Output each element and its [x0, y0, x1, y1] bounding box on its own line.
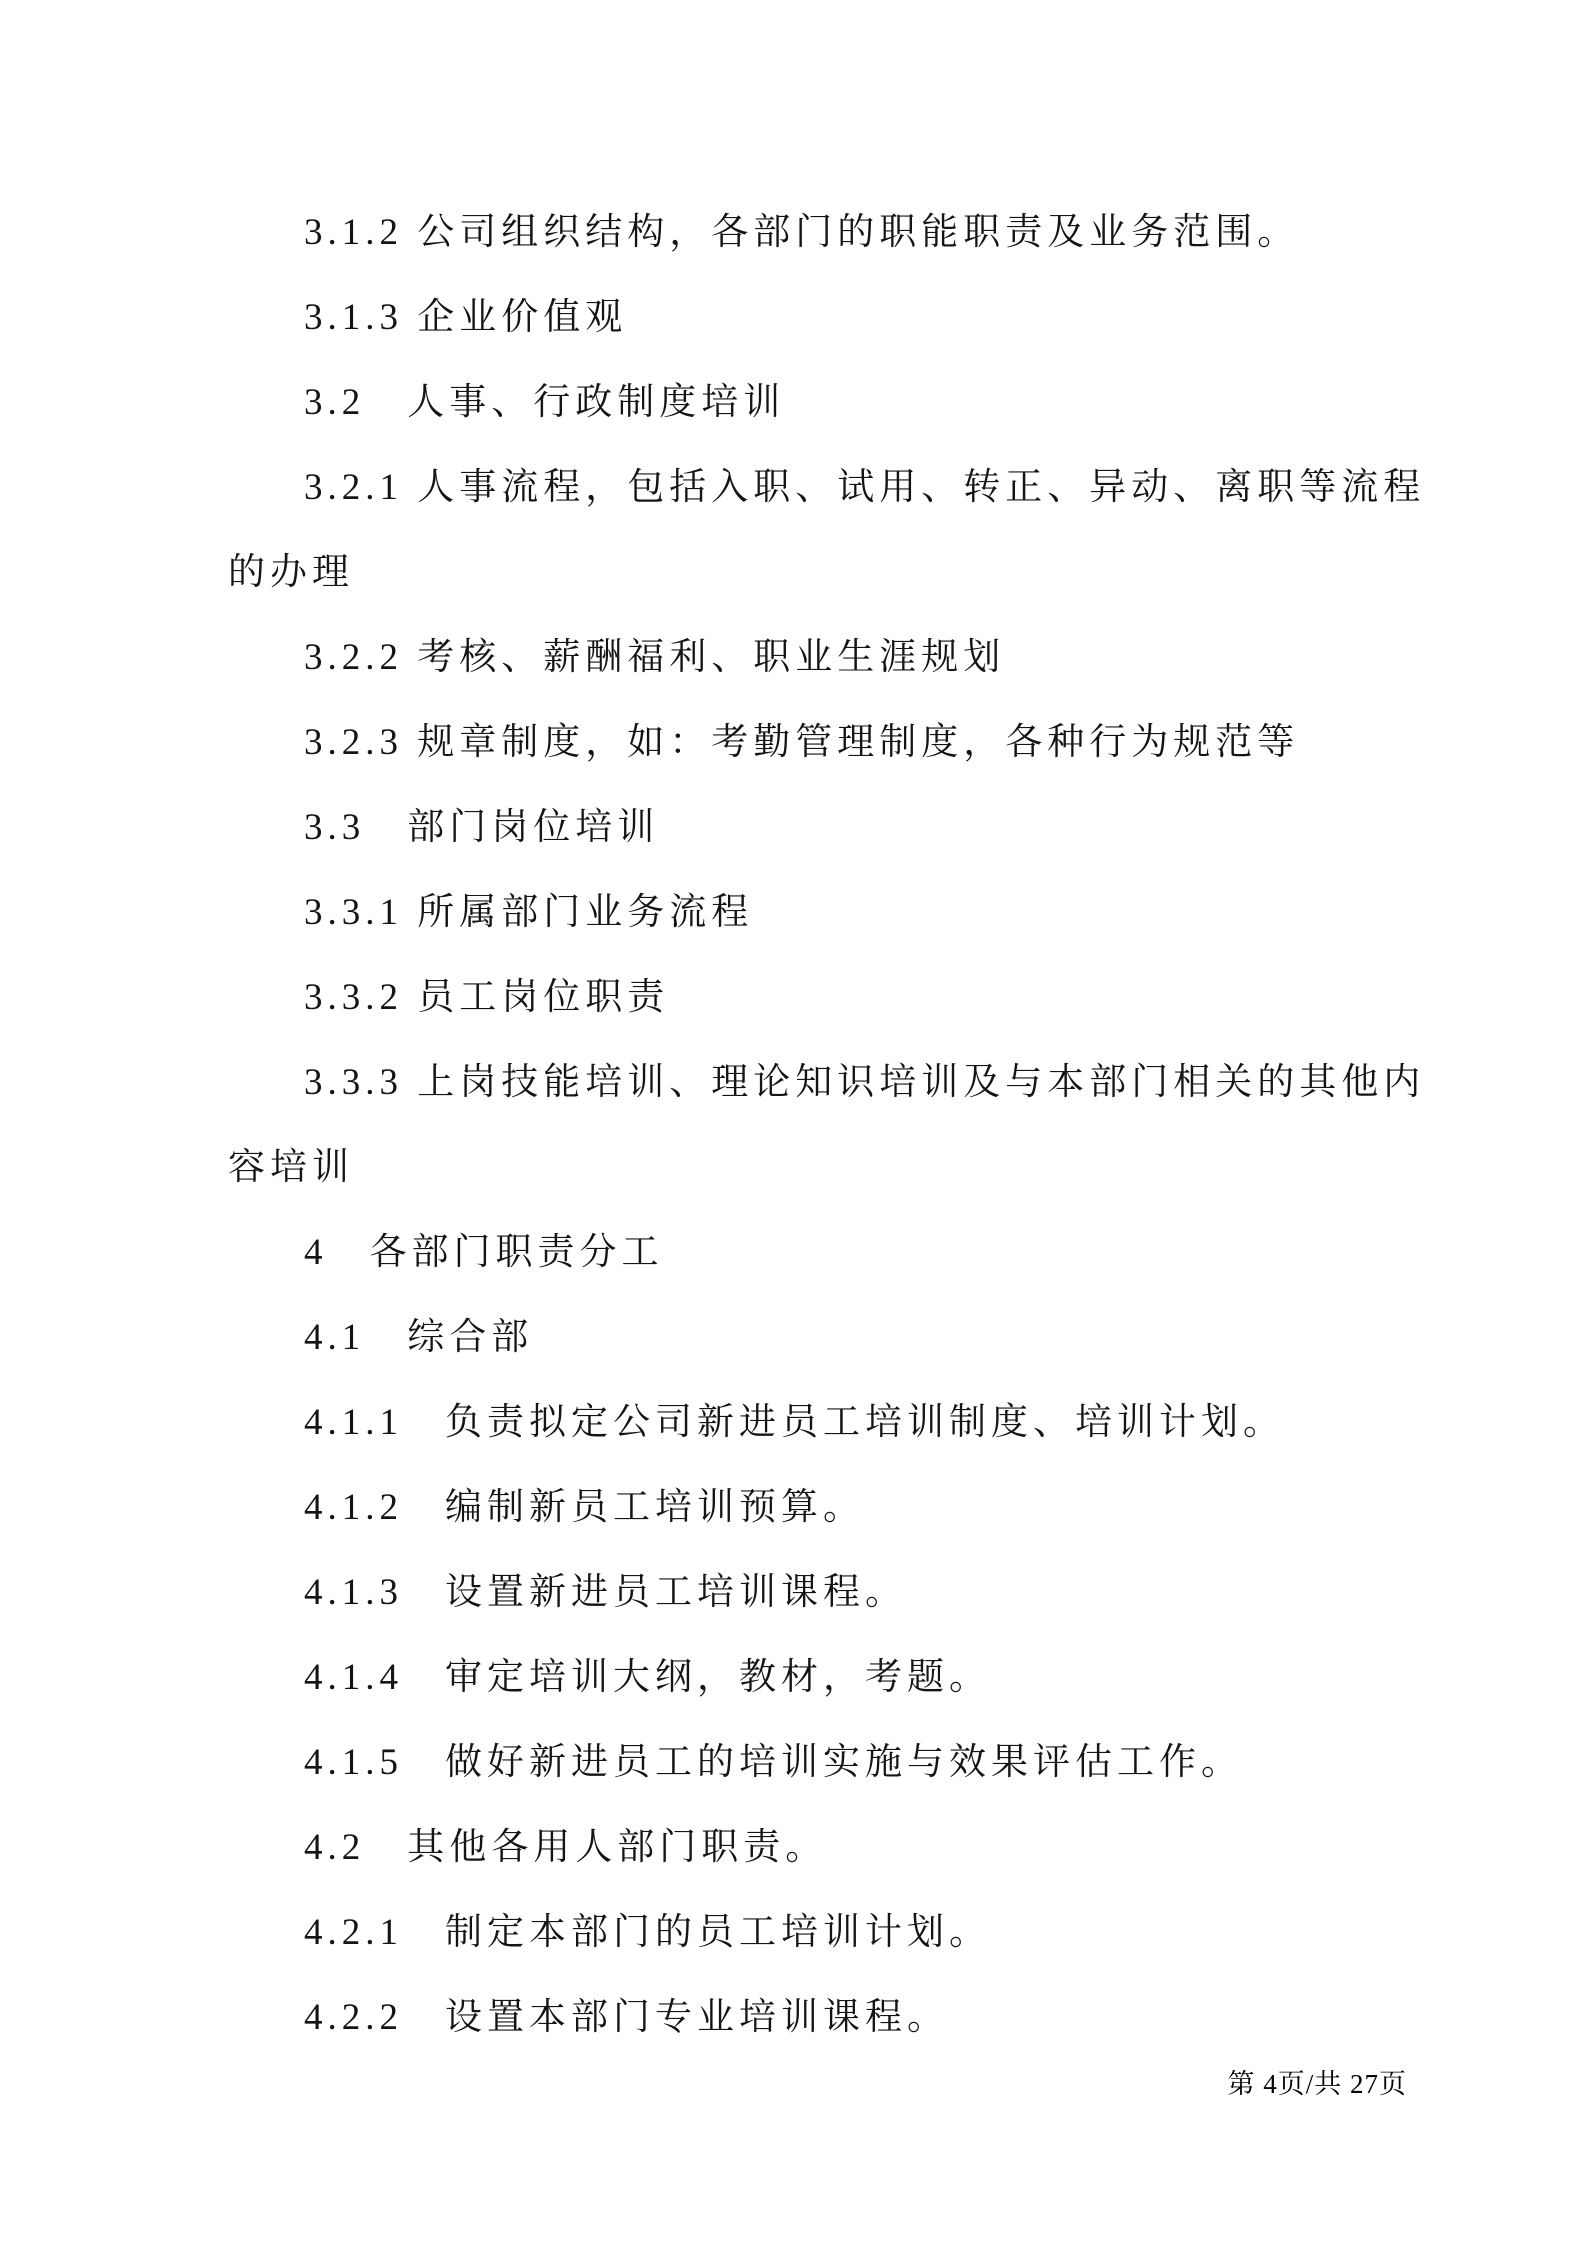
text-line: 4.1.1 负责拟定公司新进员工培训制度、培训计划。 — [228, 1380, 1408, 1465]
text-line: 3.2.1 人事流程，包括入职、试用、转正、异动、离职等流程 — [228, 445, 1408, 530]
text-line: 4.2.2 设置本部门专业培训课程。 — [228, 1975, 1408, 2060]
page-number-footer: 第 4页/共 27页 — [1227, 2062, 1407, 2101]
text-line: 3.1.3 企业价值观 — [228, 275, 1408, 360]
text-line: 3.2.3 规章制度，如：考勤管理制度，各种行为规范等 — [228, 700, 1408, 785]
text-line: 3.3 部门岗位培训 — [228, 785, 1408, 870]
document-page: 3.1.2 公司组织结构，各部门的职能职责及业务范围。 3.1.3 企业价值观 … — [0, 0, 1587, 2245]
text-line: 容培训 — [228, 1125, 1408, 1210]
text-line: 3.2.2 考核、薪酬福利、职业生涯规划 — [228, 615, 1408, 700]
text-line: 的办理 — [228, 530, 1408, 615]
text-line: 4.1 综合部 — [228, 1295, 1408, 1380]
text-line: 3.3.3 上岗技能培训、理论知识培训及与本部门相关的其他内 — [228, 1040, 1408, 1125]
text-line: 3.3.1 所属部门业务流程 — [228, 870, 1408, 955]
text-line: 4.2 其他各用人部门职责。 — [228, 1805, 1408, 1890]
document-body: 3.1.2 公司组织结构，各部门的职能职责及业务范围。 3.1.3 企业价值观 … — [228, 190, 1408, 2060]
text-line: 4.1.3 设置新进员工培训课程。 — [228, 1550, 1408, 1635]
text-line: 3.3.2 员工岗位职责 — [228, 955, 1408, 1040]
text-line: 3.2 人事、行政制度培训 — [228, 360, 1408, 445]
text-line: 3.1.2 公司组织结构，各部门的职能职责及业务范围。 — [228, 190, 1408, 275]
text-line: 4 各部门职责分工 — [228, 1210, 1408, 1295]
text-line: 4.1.5 做好新进员工的培训实施与效果评估工作。 — [228, 1720, 1408, 1805]
text-line: 4.1.4 审定培训大纲，教材，考题。 — [228, 1635, 1408, 1720]
text-line: 4.2.1 制定本部门的员工培训计划。 — [228, 1890, 1408, 1975]
text-line: 4.1.2 编制新员工培训预算。 — [228, 1465, 1408, 1550]
